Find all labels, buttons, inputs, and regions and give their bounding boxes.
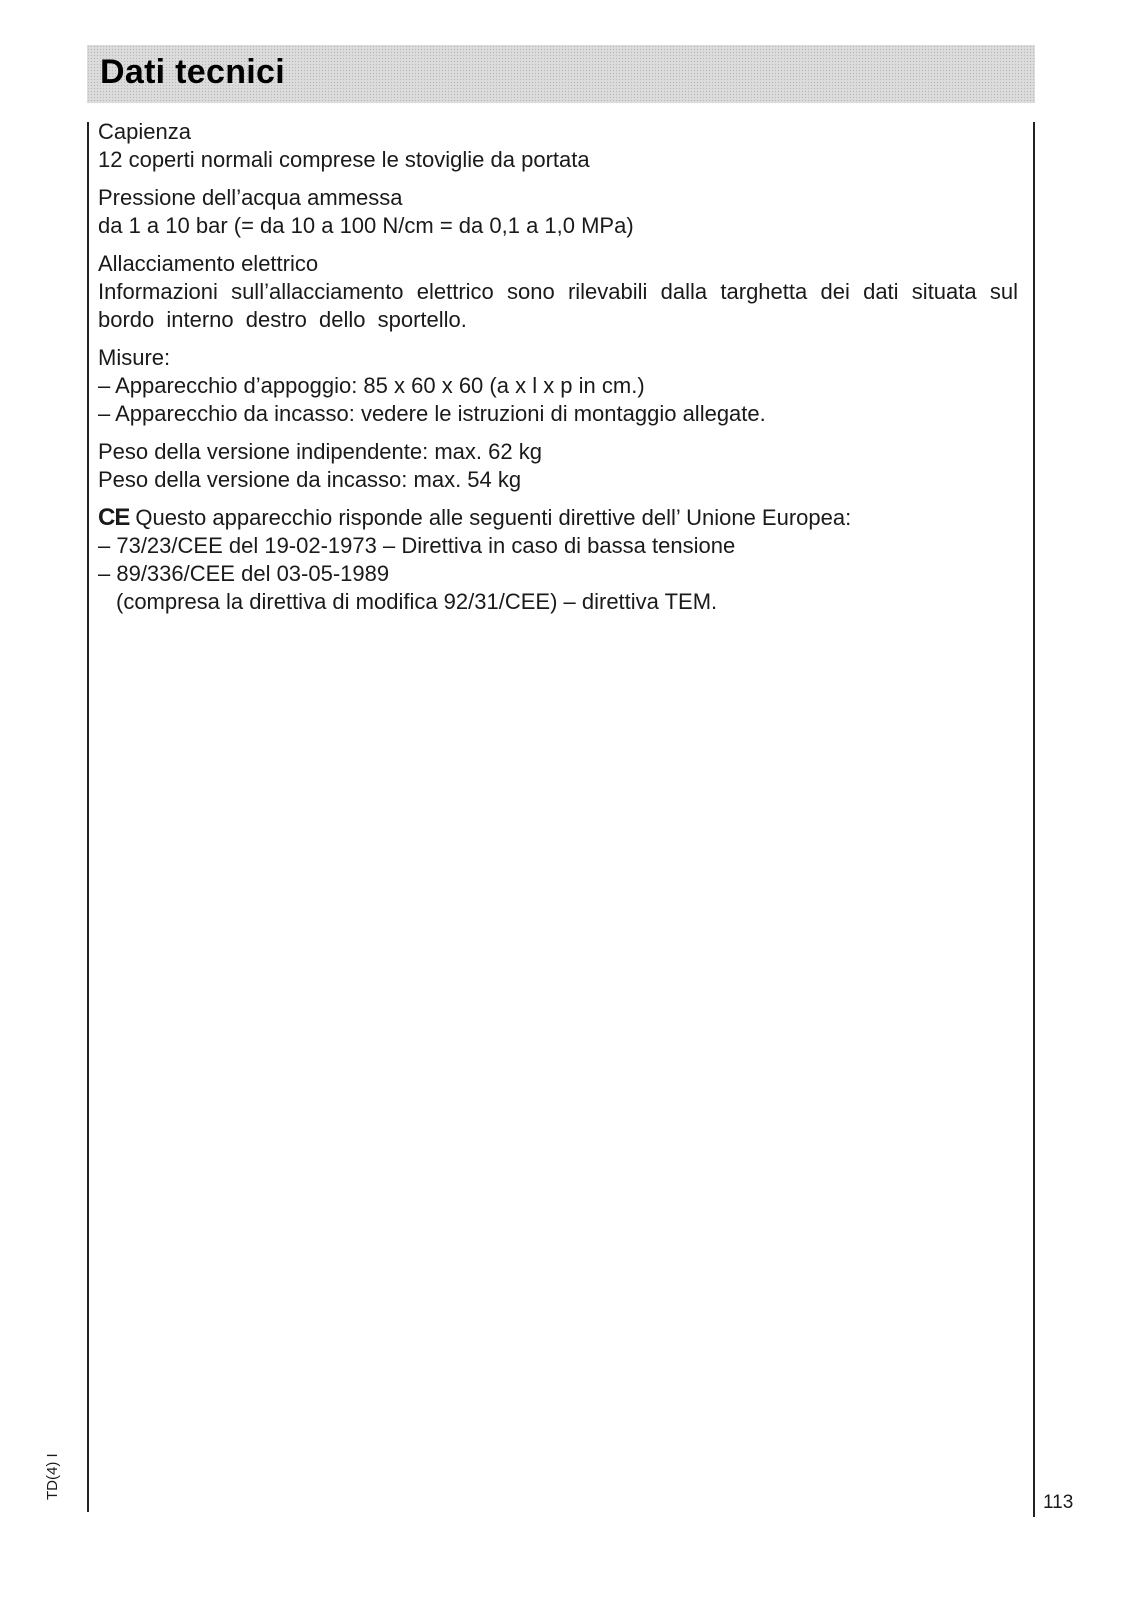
- compliance-section: CEQuesto apparecchio risponde alle segue…: [98, 504, 1018, 616]
- left-rule: [87, 122, 89, 1512]
- page-number: 113: [1043, 1492, 1073, 1514]
- dimensions-item: – Apparecchio d’appoggio: 85 x 60 x 60 (…: [98, 372, 1018, 400]
- electrical-section: Allacciamento elettrico Informazioni sul…: [98, 250, 1018, 334]
- water-pressure-label: Pressione dell’acqua ammessa: [98, 184, 1018, 212]
- dimensions-label: Misure:: [98, 344, 1018, 372]
- ce-mark-icon: CE: [98, 504, 129, 531]
- dimensions-section: Misure: – Apparecchio d’appoggio: 85 x 6…: [98, 344, 1018, 428]
- water-pressure-value: da 1 a 10 bar (= da 10 a 100 N/cm = da 0…: [98, 212, 1018, 240]
- technical-data-content: Capienza 12 coperti normali comprese le …: [98, 118, 1018, 626]
- capacity-label: Capienza: [98, 118, 1018, 146]
- dimensions-item: – Apparecchio da incasso: vedere le istr…: [98, 400, 1018, 428]
- header-bar: Dati tecnici: [87, 45, 1035, 103]
- electrical-label: Allacciamento elettrico: [98, 250, 1018, 278]
- right-rule: [1033, 122, 1035, 1517]
- page-title: Dati tecnici: [100, 53, 285, 92]
- weight-line: Peso della versione da incasso: max. 54 …: [98, 466, 1018, 494]
- document-code: TD(4) I: [44, 1453, 61, 1500]
- electrical-value: Informazioni sull’allacciamento elettric…: [98, 278, 1018, 334]
- capacity-value: 12 coperti normali comprese le stoviglie…: [98, 146, 1018, 174]
- water-pressure-section: Pressione dell’acqua ammessa da 1 a 10 b…: [98, 184, 1018, 240]
- directive-item: – 89/336/CEE del 03-05-1989: [98, 560, 1018, 588]
- compliance-intro: Questo apparecchio risponde alle seguent…: [135, 505, 851, 530]
- directive-note: (compresa la direttiva di modifica 92/31…: [98, 588, 1018, 616]
- directive-item: – 73/23/CEE del 19-02-1973 – Direttiva i…: [98, 532, 1018, 560]
- weight-section: Peso della versione indipendente: max. 6…: [98, 438, 1018, 494]
- capacity-section: Capienza 12 coperti normali comprese le …: [98, 118, 1018, 174]
- compliance-intro-line: CEQuesto apparecchio risponde alle segue…: [98, 504, 1018, 532]
- weight-line: Peso della versione indipendente: max. 6…: [98, 438, 1018, 466]
